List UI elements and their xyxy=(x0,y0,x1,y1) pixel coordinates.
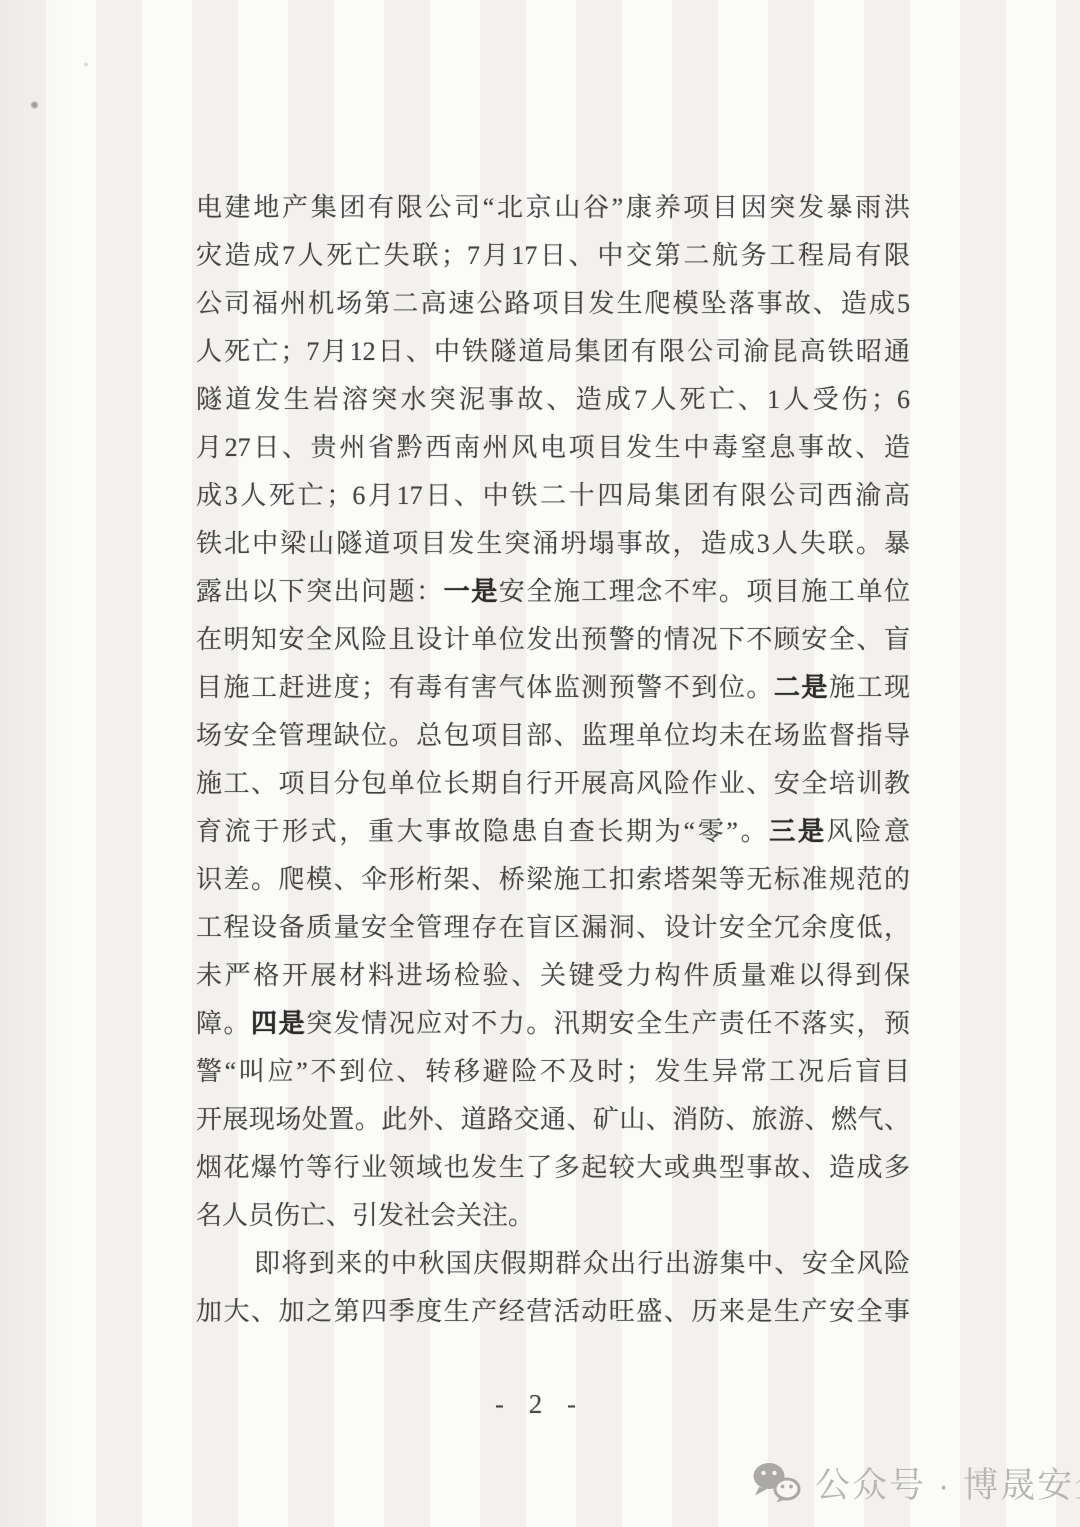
text-segment: 人死亡；7月12日、中铁隧道局集团有限公司渝昆高铁昭通 xyxy=(196,337,910,366)
text-line: 加大、加之第四季度生产经营活动旺盛、历来是生产安全事 xyxy=(196,1288,910,1336)
text-line: 烟花爆竹等行业领域也发生了多起较大或典型事故、造成多 xyxy=(196,1144,910,1192)
scan-speckle xyxy=(30,101,39,109)
text-line: 铁北中梁山隧道项目发生突涌坍塌事故，造成3人失联。暴 xyxy=(196,520,910,568)
text-line: 场安全管理缺位。总包项目部、监理单位均未在场监督指导 xyxy=(196,712,910,760)
text-segment: 公司福州机场第二高速公路项目发生爬模坠落事故、造成5 xyxy=(196,289,910,318)
text-line: 公司福州机场第二高速公路项目发生爬模坠落事故、造成5 xyxy=(196,280,910,328)
text-line: 目施工赶进度；有毒有害气体监测预警不到位。二是施工现 xyxy=(196,664,910,712)
text-block: 电建地产集团有限公司“北京山谷”康养项目因突发暴雨洪灾造成7人死亡失联；7月17… xyxy=(196,184,910,1336)
bold-emphasis: 二是 xyxy=(774,673,829,702)
watermark-label: 公众号 · 博晟安全 xyxy=(815,1458,1080,1508)
text-segment: 安全施工理念不牢。项目施工单位 xyxy=(499,577,910,606)
text-segment: 障。 xyxy=(196,1009,251,1038)
text-segment: 灾造成7人死亡失联；7月17日、中交第二航务工程局有限 xyxy=(196,241,910,270)
text-segment: 识差。爬模、伞形桁架、桥梁施工扣索塔架等无标准规范的 xyxy=(196,865,910,894)
text-segment: 目施工赶进度；有毒有害气体监测预警不到位。 xyxy=(196,673,774,702)
text-segment: 电建地产集团有限公司“北京山谷”康养项目因突发暴雨洪 xyxy=(196,193,910,222)
text-segment: 开展现场处置。此外、道路交通、矿山、消防、旅游、燃气、 xyxy=(196,1105,910,1134)
text-segment: 施工现 xyxy=(829,673,910,702)
text-line: 月27日、贵州省黔西南州风电项目发生中毒窒息事故、造 xyxy=(196,424,910,472)
bold-emphasis: 一是 xyxy=(444,577,499,606)
text-line: 露出以下突出问题：一是安全施工理念不牢。项目施工单位 xyxy=(196,568,910,616)
text-line: 灾造成7人死亡失联；7月17日、中交第二航务工程局有限 xyxy=(196,232,910,280)
bold-emphasis: 三是 xyxy=(769,817,826,846)
text-segment: 露出以下突出问题： xyxy=(196,577,444,606)
text-line: 即将到来的中秋国庆假期群众出行出游集中、安全风险 xyxy=(196,1240,910,1288)
text-line: 电建地产集团有限公司“北京山谷”康养项目因突发暴雨洪 xyxy=(196,184,910,232)
text-segment: 突发情况应对不力。汛期安全生产责任不落实，预 xyxy=(306,1009,910,1038)
text-segment: 场安全管理缺位。总包项目部、监理单位均未在场监督指导 xyxy=(196,721,910,750)
text-segment: 施工、项目分包单位长期自行开展高风险作业、安全培训教 xyxy=(196,769,910,798)
text-line: 障。四是突发情况应对不力。汛期安全生产责任不落实，预 xyxy=(196,1000,910,1048)
text-segment: 月27日、贵州省黔西南州风电项目发生中毒窒息事故、造 xyxy=(196,433,910,462)
text-segment: 隧道发生岩溶突水突泥事故、造成7人死亡、1人受伤；6 xyxy=(196,385,910,414)
text-segment: 烟花爆竹等行业领域也发生了多起较大或典型事故、造成多 xyxy=(196,1153,910,1182)
text-line: 在明知安全风险且设计单位发出预警的情况下不顾安全、盲 xyxy=(196,616,910,664)
text-segment: 铁北中梁山隧道项目发生突涌坍塌事故，造成3人失联。暴 xyxy=(196,529,910,558)
page-number: - 2 - xyxy=(0,1389,1080,1420)
wechat-icon xyxy=(752,1462,802,1504)
scan-speckle xyxy=(83,62,89,67)
text-segment: 警“叫应”不到位、转移避险不及时；发生异常工况后盲目 xyxy=(196,1057,910,1086)
text-line: 隧道发生岩溶突水突泥事故、造成7人死亡、1人受伤；6 xyxy=(196,376,910,424)
text-segment: 在明知安全风险且设计单位发出预警的情况下不顾安全、盲 xyxy=(196,625,910,654)
watermark: 公众号 · 博晟安全 xyxy=(752,1458,1080,1508)
text-line: 工程设备质量安全管理存在盲区漏洞、设计安全冗余度低， xyxy=(196,904,910,952)
text-line: 人死亡；7月12日、中铁隧道局集团有限公司渝昆高铁昭通 xyxy=(196,328,910,376)
text-segment: 工程设备质量安全管理存在盲区漏洞、设计安全冗余度低， xyxy=(196,913,910,942)
text-line: 成3人死亡；6月17日、中铁二十四局集团有限公司西渝高 xyxy=(196,472,910,520)
text-line: 未严格开展材料进场检验、关键受力构件质量难以得到保 xyxy=(196,952,910,1000)
text-segment: 名人员伤亡、引发社会关注。 xyxy=(196,1201,534,1230)
text-line: 名人员伤亡、引发社会关注。 xyxy=(196,1192,910,1240)
text-line: 识差。爬模、伞形桁架、桥梁施工扣索塔架等无标准规范的 xyxy=(196,856,910,904)
text-line: 开展现场处置。此外、道路交通、矿山、消防、旅游、燃气、 xyxy=(196,1096,910,1144)
text-line: 警“叫应”不到位、转移避险不及时；发生异常工况后盲目 xyxy=(196,1048,910,1096)
text-segment: 即将到来的中秋国庆假期群众出行出游集中、安全风险 xyxy=(254,1249,910,1278)
document-page: 电建地产集团有限公司“北京山谷”康养项目因突发暴雨洪灾造成7人死亡失联；7月17… xyxy=(0,0,1080,1527)
bold-emphasis: 四是 xyxy=(251,1009,306,1038)
text-segment: 加大、加之第四季度生产经营活动旺盛、历来是生产安全事 xyxy=(196,1297,910,1326)
text-segment: 风险意 xyxy=(827,817,910,846)
text-segment: 育流于形式，重大事故隐患自查长期为“零”。 xyxy=(196,817,769,846)
text-segment: 成3人死亡；6月17日、中铁二十四局集团有限公司西渝高 xyxy=(196,481,910,510)
text-line: 育流于形式，重大事故隐患自查长期为“零”。三是风险意 xyxy=(196,808,910,856)
text-segment: 未严格开展材料进场检验、关键受力构件质量难以得到保 xyxy=(196,961,910,990)
text-line: 施工、项目分包单位长期自行开展高风险作业、安全培训教 xyxy=(196,760,910,808)
